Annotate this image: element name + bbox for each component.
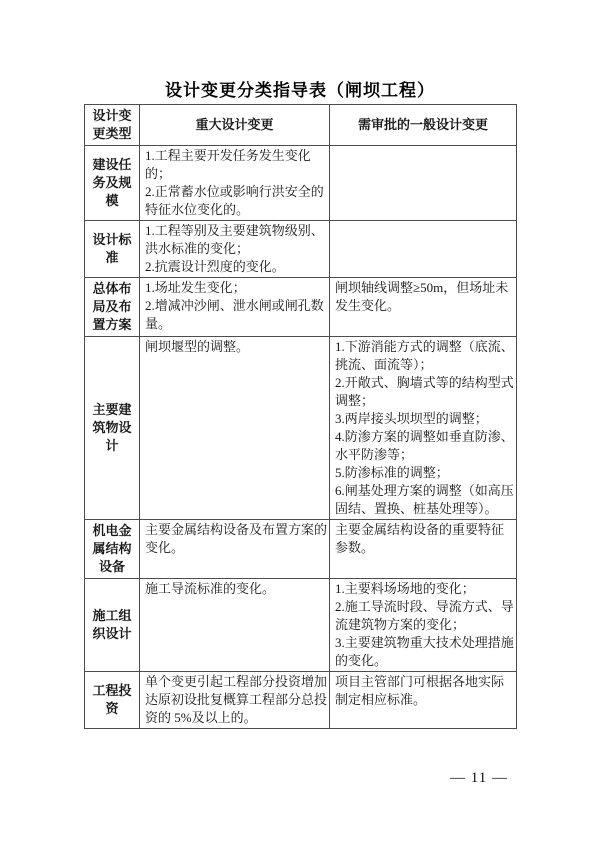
row-category: 施工组织设计 [85,579,140,672]
table-row: 工程投资 单个变更引起工程部分投资增加达原初设批复概算工程部分总投资的 5%及以… [85,672,517,729]
header-major-change: 重大设计变更 [140,105,330,146]
table-row: 施工组织设计 施工导流标准的变化。 1.主要料场场地的变化； 2.施工导流时段、… [85,579,517,672]
table-header-row: 设计变更类型 重大设计变更 需审批的一般设计变更 [85,105,517,146]
table-row: 建设任务及规模 1.工程主要开发任务发生变化的； 2.正常蓄水位或影响行洪安全的… [85,146,517,221]
row-major-cell: 闸坝堰型的调整。 [140,337,330,520]
row-general-cell [330,221,517,278]
header-category: 设计变更类型 [85,105,140,146]
row-major-cell: 单个变更引起工程部分投资增加达原初设批复概算工程部分总投资的 5%及以上的。 [140,672,330,729]
table-row: 机电金属结构设备 主要金属结构设备及布置方案的变化。 主要金属结构设备的重要特征… [85,520,517,579]
row-major-cell: 主要金属结构设备及布置方案的变化。 [140,520,330,579]
row-category: 总体布局及布置方案 [85,278,140,337]
row-category: 机电金属结构设备 [85,520,140,579]
page-title: 设计变更分类指导表（闸坝工程） [0,76,600,101]
row-general-cell: 项目主管部门可根据各地实际制定相应标准。 [330,672,517,729]
row-major-cell: 1.工程等别及主要建筑物级别、洪水标准的变化； 2.抗震设计烈度的变化。 [140,221,330,278]
table-row: 总体布局及布置方案 1.场址发生变化； 2.增减冲沙闸、泄水闸或闸孔数量。 闸坝… [85,278,517,337]
row-general-cell: 闸坝轴线调整≥50m，但场址未发生变化。 [330,278,517,337]
row-general-cell: 主要金属结构设备的重要特征参数。 [330,520,517,579]
design-change-guidance-table: 设计变更类型 重大设计变更 需审批的一般设计变更 建设任务及规模 1.工程主要开… [84,104,517,729]
row-general-cell: 1.主要料场场地的变化； 2.施工导流时段、导流方式、导流建筑物方案的变化； 3… [330,579,517,672]
header-general-change: 需审批的一般设计变更 [330,105,517,146]
document-page: 设计变更分类指导表（闸坝工程） 设计变更类型 重大设计变更 需审批的一般设计变更… [0,0,600,849]
page-number: — 11 — [450,770,508,787]
row-category: 建设任务及规模 [85,146,140,221]
row-major-cell: 1.工程主要开发任务发生变化的； 2.正常蓄水位或影响行洪安全的特征水位变化的。 [140,146,330,221]
row-general-cell [330,146,517,221]
row-major-cell: 施工导流标准的变化。 [140,579,330,672]
table-row: 主要建筑物设计 闸坝堰型的调整。 1.下游消能方式的调整（底流、挑流、面流等）；… [85,337,517,520]
row-general-cell: 1.下游消能方式的调整（底流、挑流、面流等）； 2.开敞式、胸墙式等的结构型式调… [330,337,517,520]
table-row: 设计标准 1.工程等别及主要建筑物级别、洪水标准的变化； 2.抗震设计烈度的变化… [85,221,517,278]
row-major-cell: 1.场址发生变化； 2.增减冲沙闸、泄水闸或闸孔数量。 [140,278,330,337]
row-category: 工程投资 [85,672,140,729]
row-category: 设计标准 [85,221,140,278]
row-category: 主要建筑物设计 [85,337,140,520]
